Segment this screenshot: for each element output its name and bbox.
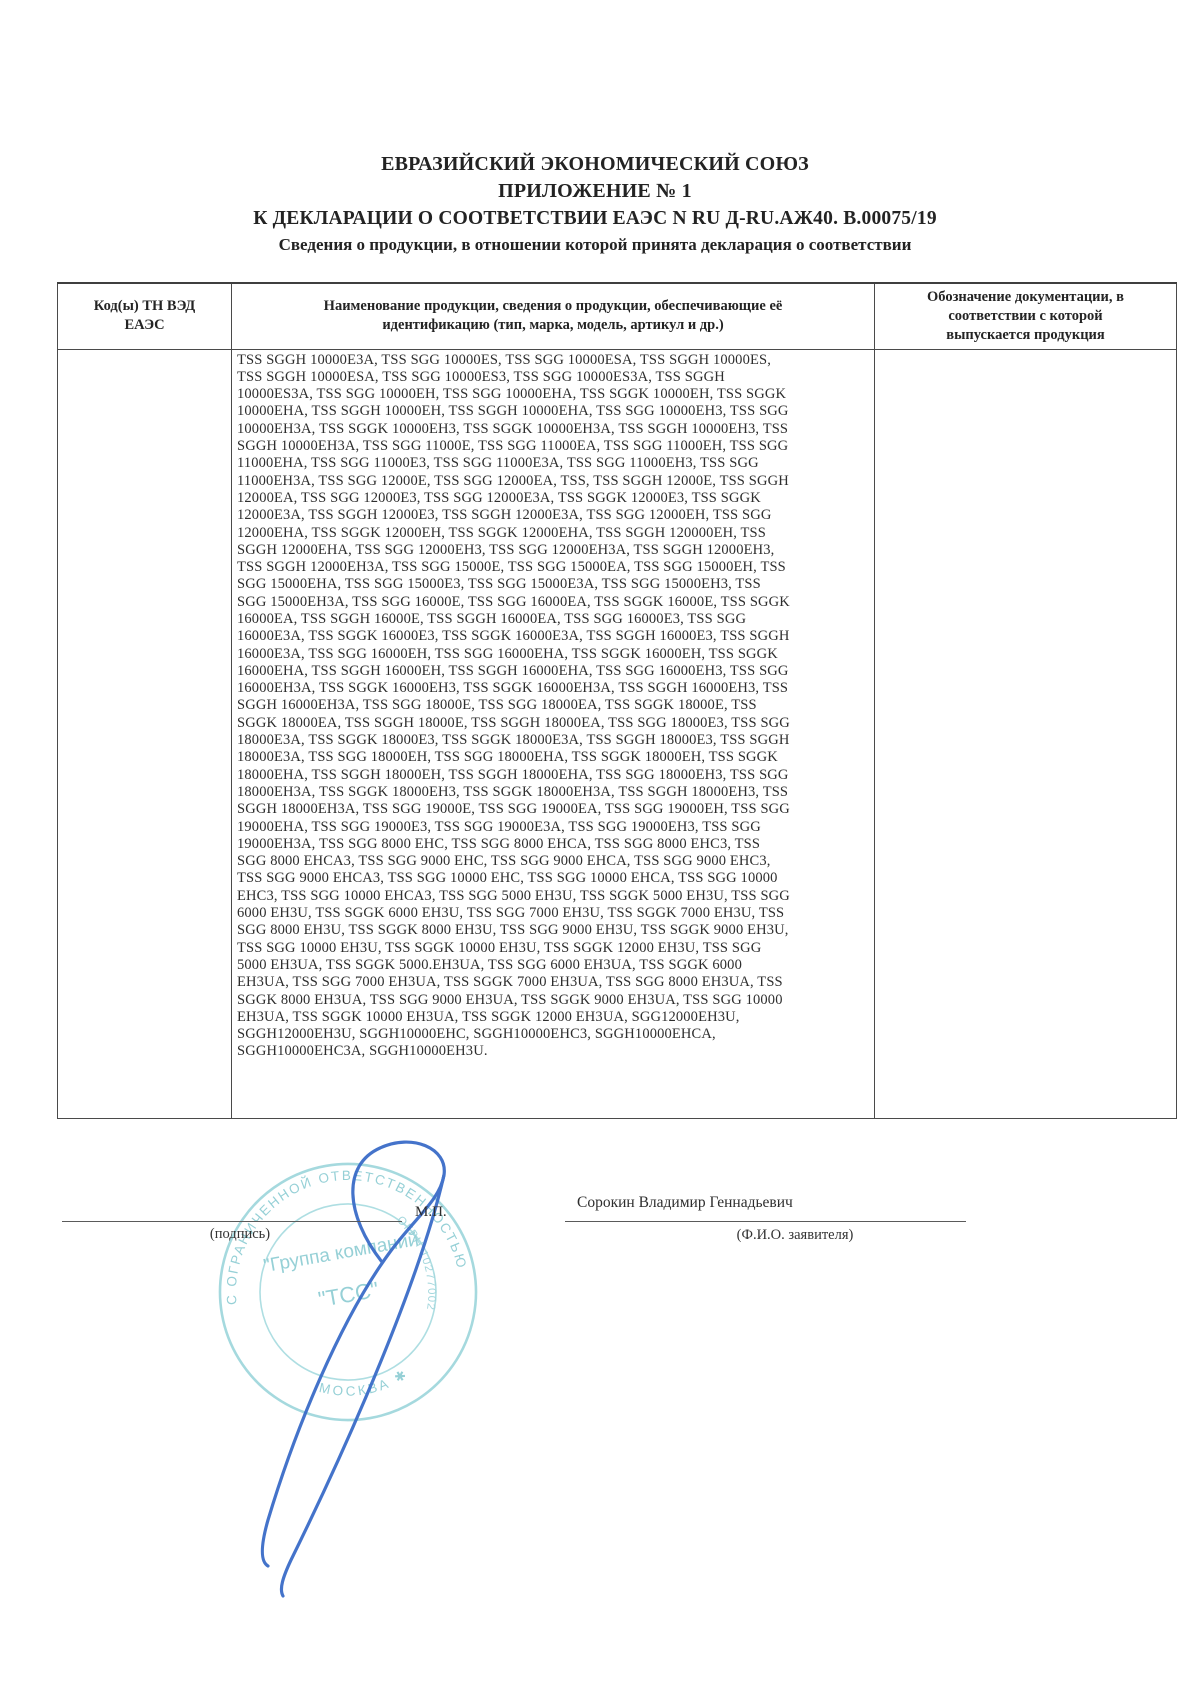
column-header-documentation: Обозначение документации, в соответствии…	[875, 283, 1177, 349]
table-row: TSS SGGH 10000E3A, TSS SGG 10000ES, TSS …	[58, 349, 1177, 1118]
applicant-caption: (Ф.И.О. заявителя)	[670, 1227, 920, 1244]
column-header-tnved-code: Код(ы) ТН ВЭД ЕАЭС	[58, 283, 232, 349]
applicant-name-line	[565, 1204, 966, 1222]
signature-caption: (подпись)	[165, 1226, 315, 1243]
header-union-title: ЕВРАЗИЙСКИЙ ЭКОНОМИЧЕСКИЙ СОЮЗ	[0, 151, 1190, 178]
header-annex-title: ПРИЛОЖЕНИЕ № 1	[0, 178, 1190, 205]
signature-line	[62, 1204, 402, 1222]
stamp-place-label: М.П.	[415, 1204, 447, 1221]
declaration-annex-page: ЕВРАЗИЙСКИЙ ЭКОНОМИЧЕСКИЙ СОЮЗ ПРИЛОЖЕНИ…	[0, 0, 1190, 1683]
table-header-row: Код(ы) ТН ВЭД ЕАЭС Наименование продукци…	[58, 283, 1177, 349]
header-declaration-number: К ДЕКЛАРАЦИИ О СООТВЕТСТВИИ ЕАЭС N RU Д-…	[0, 205, 1190, 232]
document-header: ЕВРАЗИЙСКИЙ ЭКОНОМИЧЕСКИЙ СОЮЗ ПРИЛОЖЕНИ…	[0, 151, 1190, 258]
product-model-list: TSS SGGH 10000E3A, TSS SGG 10000ES, TSS …	[237, 352, 868, 1061]
cell-documentation	[875, 349, 1177, 1118]
products-table: Код(ы) ТН ВЭД ЕАЭС Наименование продукци…	[57, 282, 1177, 1119]
column-header-product-name: Наименование продукции, сведения о проду…	[232, 283, 875, 349]
handwritten-signature	[220, 1120, 500, 1620]
cell-tnved-code	[58, 349, 232, 1118]
cell-product-names: TSS SGGH 10000E3A, TSS SGG 10000ES, TSS …	[232, 349, 875, 1118]
header-subtitle: Сведения о продукции, в отношении которо…	[0, 232, 1190, 258]
